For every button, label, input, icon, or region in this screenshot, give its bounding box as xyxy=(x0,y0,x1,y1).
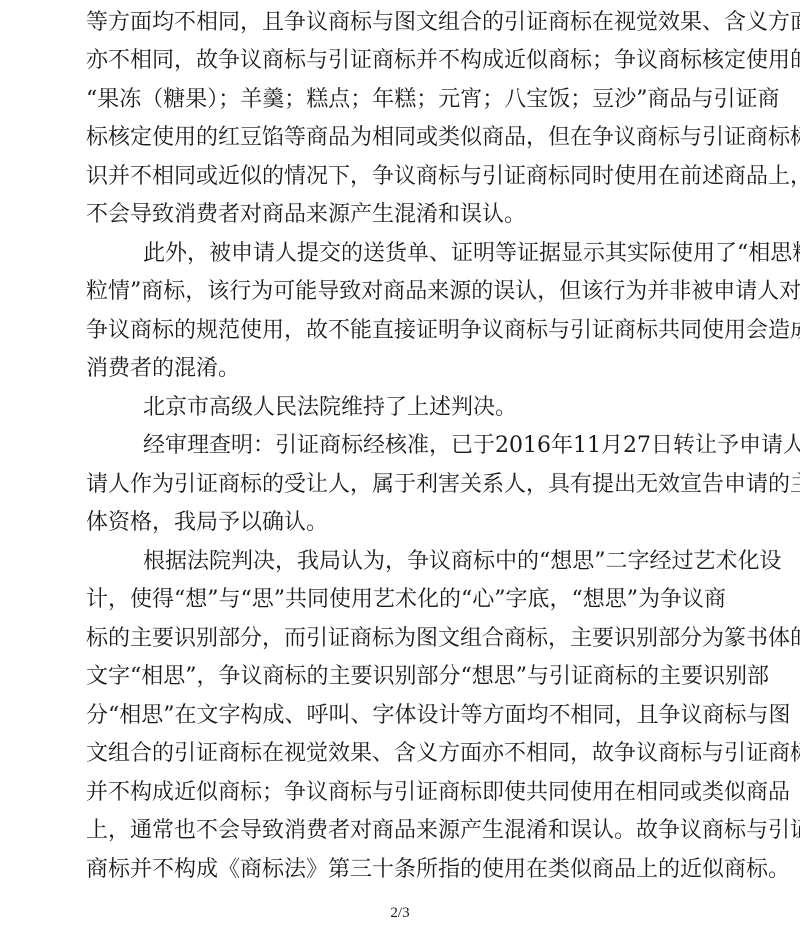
paragraph-line: 识并不相同或近似的情况下，争议商标与引证商标同时使用在前述商品上， xyxy=(86,162,712,192)
paragraph-line: 标核定使用的红豆馅等商品为相同或类似商品，但在争议商标与引证商标标 xyxy=(86,123,712,153)
paragraph-line: 争议商标的规范使用，故不能直接证明争议商标与引证商标共同使用会造成 xyxy=(86,316,712,346)
paragraph-line: “果冻（糖果）；羊羹；糕点；年糕；元宵；八宝饭；豆沙”商品与引证商 xyxy=(86,85,712,115)
paragraph-line: 粒情”商标，该行为可能导致对商品来源的误认，但该行为并非被申请人对 xyxy=(86,277,712,307)
paragraph-line: 体资格，我局予以确认。 xyxy=(86,508,712,538)
paragraph-line: 不会导致消费者对商品来源产生混淆和误认。 xyxy=(86,200,712,230)
paragraph-line: 上，通常也不会导致消费者对商品来源产生混淆和误认。故争议商标与引证 xyxy=(86,816,712,846)
paragraph-line: 消费者的混淆。 xyxy=(86,354,712,384)
paragraph-line: 此外，被申请人提交的送货单、证明等证据显示其实际使用了“相思粒 xyxy=(143,239,712,269)
paragraph-line: 并不构成近似商标；争议商标与引证商标即使共同使用在相同或类似商品 xyxy=(86,778,712,808)
paragraph-line: 请人作为引证商标的受让人，属于利害关系人，具有提出无效宣告申请的主 xyxy=(86,470,712,500)
paragraph-line: 商标并不构成《商标法》第三十条所指的使用在类似商品上的近似商标。 xyxy=(86,855,712,885)
paragraph-line: 根据法院判决，我局认为，争议商标中的“想思”二字经过艺术化设 xyxy=(143,547,712,577)
paragraph-line: 经审理查明：引证商标经核准，已于2016年11月27日转让予申请人，申 xyxy=(143,431,712,461)
paragraph-line: 分“相思”在文字构成、呼叫、字体设计等方面均不相同，且争议商标与图 xyxy=(86,701,712,731)
paragraph-line: 计，使得“想”与“思”共同使用艺术化的“心”字底，“想思”为争议商 xyxy=(86,585,712,615)
paragraph-line: 亦不相同，故争议商标与引证商标并不构成近似商标；争议商标核定使用的 xyxy=(86,46,712,76)
paragraph-line: 文字“相思”，争议商标的主要识别部分“想思”与引证商标的主要识别部 xyxy=(86,662,712,692)
page-number: 2/3 xyxy=(0,903,800,923)
paragraph-line: 北京市高级人民法院维持了上述判决。 xyxy=(143,393,712,423)
paragraph-line: 标的主要识别部分，而引证商标为图文组合商标，主要识别部分为篆书体的 xyxy=(86,624,712,654)
document-page: 等方面均不相同，且争议商标与图文组合的引证商标在视觉效果、含义方面 亦不相同，故… xyxy=(0,0,800,932)
paragraph-line: 等方面均不相同，且争议商标与图文组合的引证商标在视觉效果、含义方面 xyxy=(86,8,712,38)
paragraph-line: 文组合的引证商标在视觉效果、含义方面亦不相同，故争议商标与引证商标 xyxy=(86,739,712,769)
